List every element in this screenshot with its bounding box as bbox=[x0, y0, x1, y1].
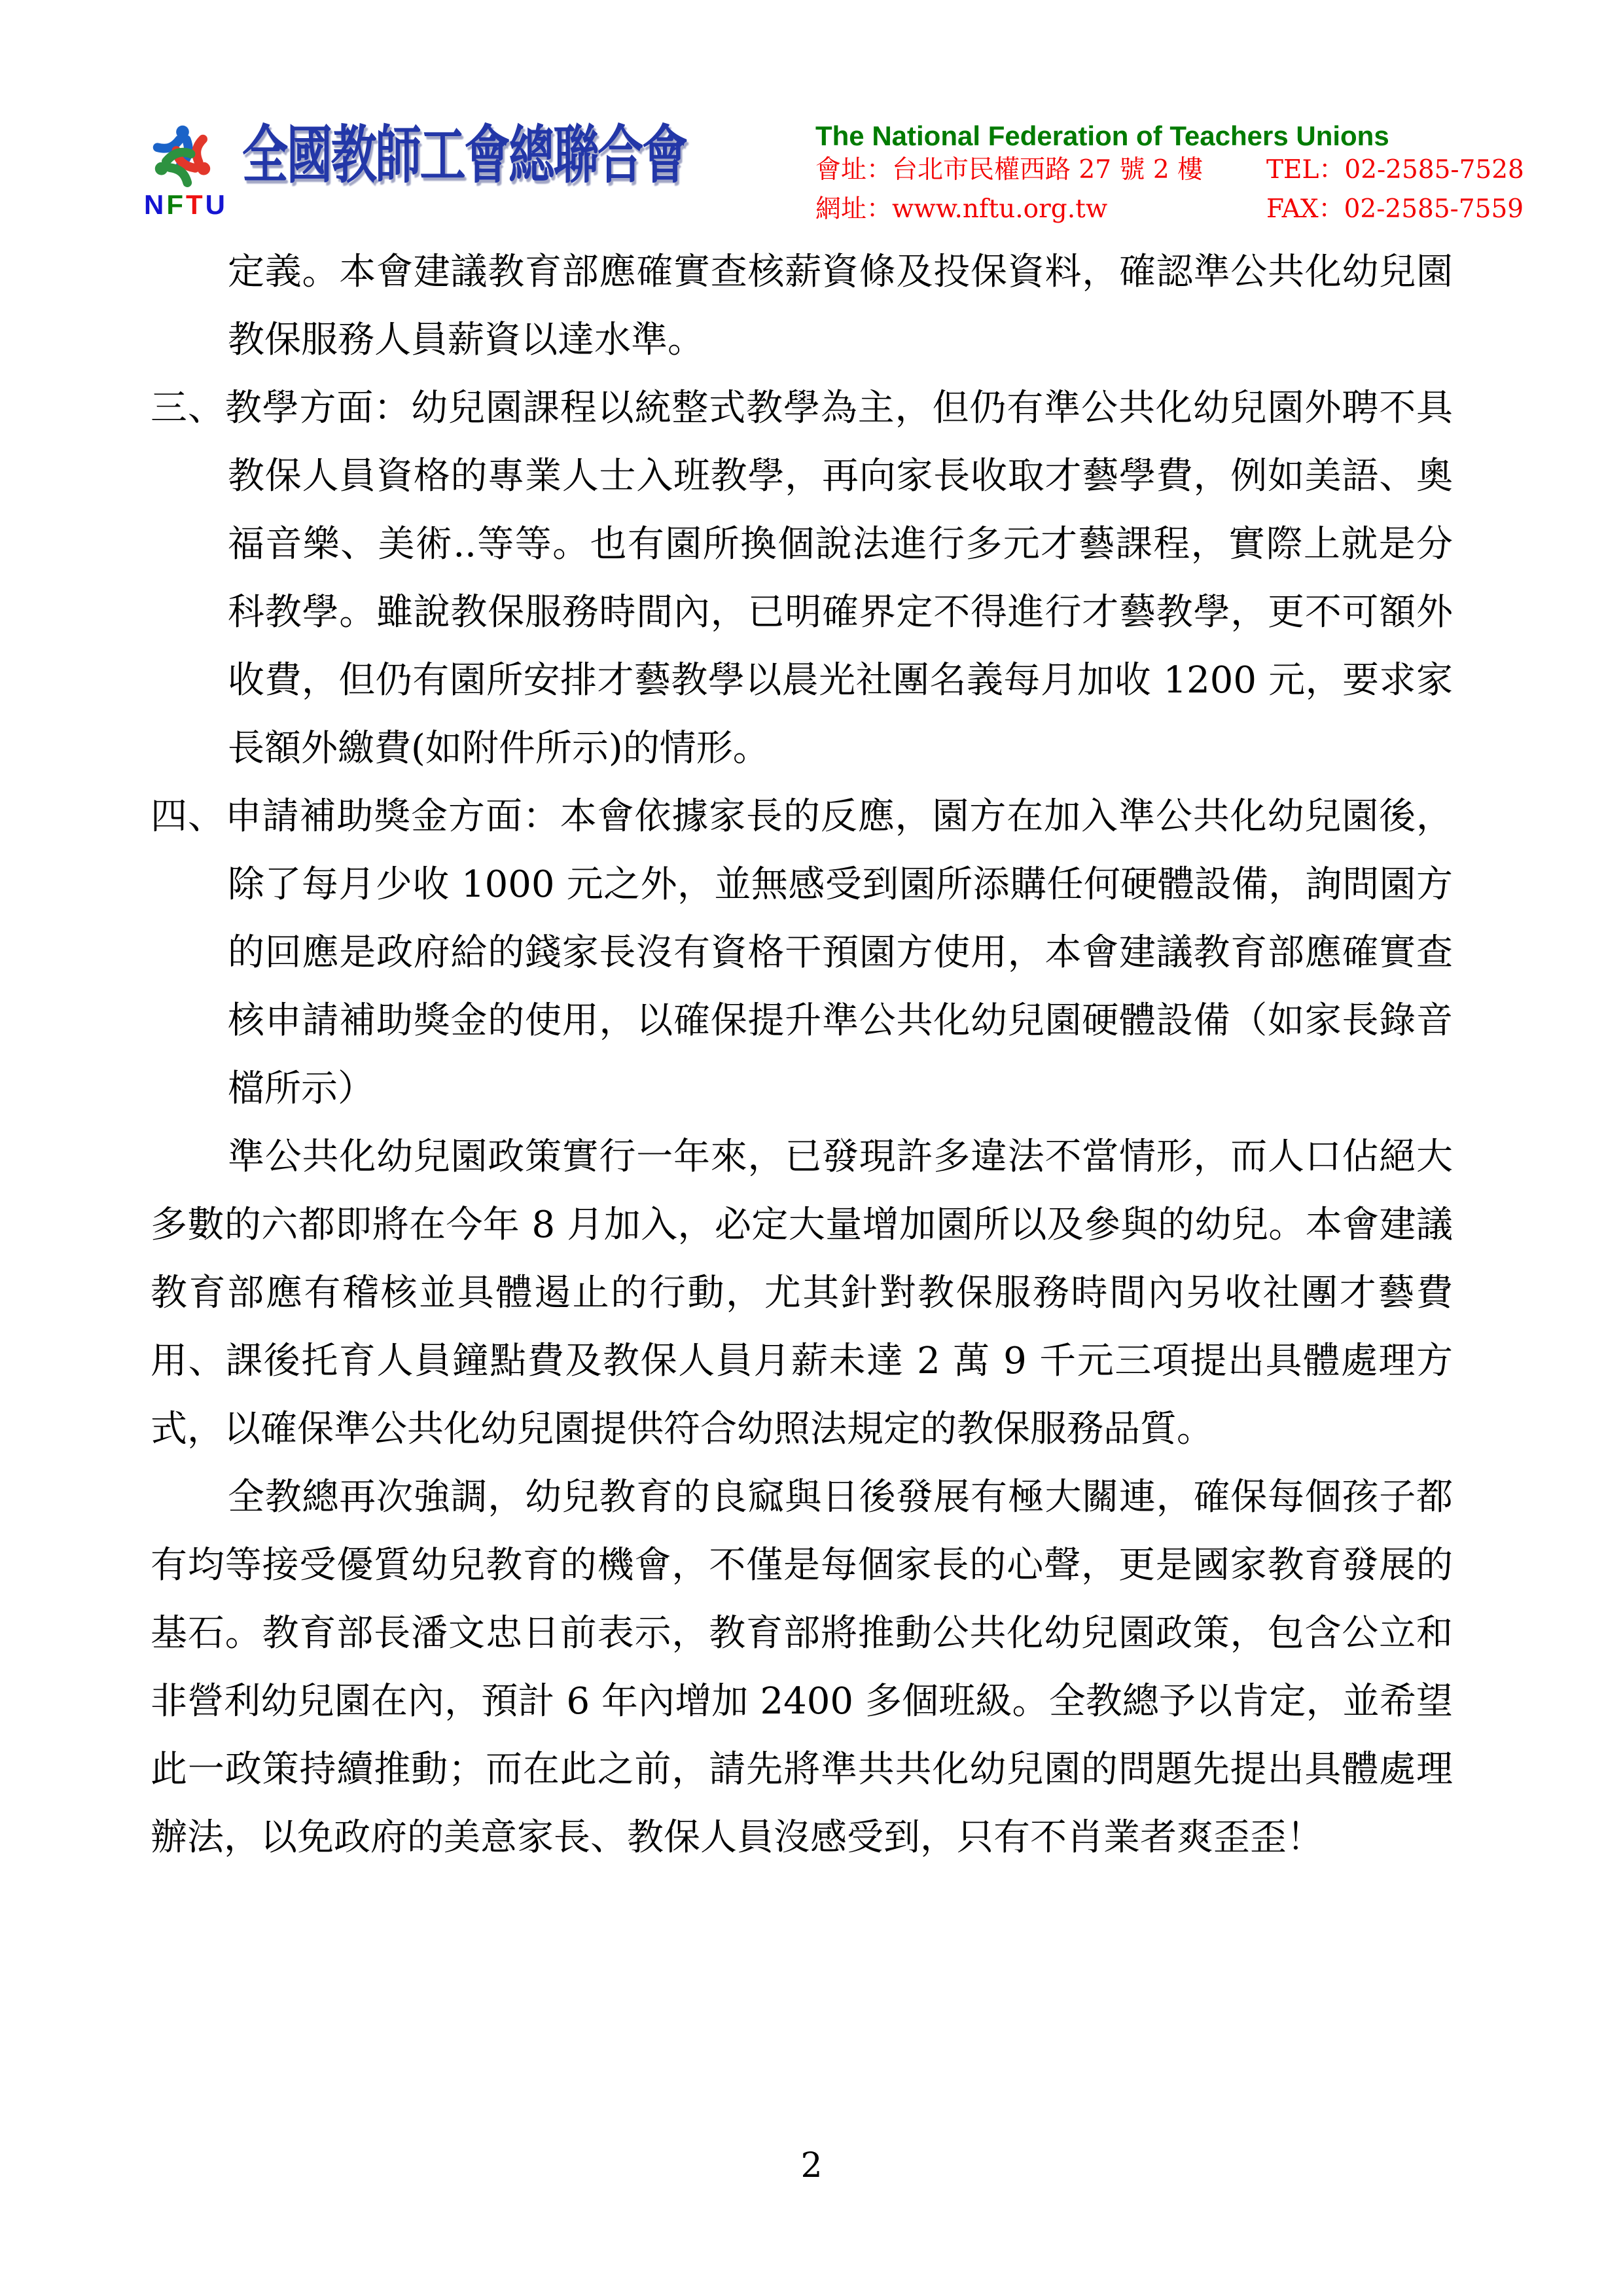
body-line: 全教總再次強調，幼兒教育的良窳與日後發展有極大關連，確保每個孩子都 bbox=[151, 1463, 1453, 1532]
document-page: { "page": { "number": "2" }, "header": {… bbox=[0, 0, 1623, 2296]
body-line: 教保服務人員薪資以達水準。 bbox=[151, 306, 1453, 374]
body-line: 辦法，以免政府的美意家長、教保人員沒感受到，只有不肖業者爽歪歪！ bbox=[151, 1804, 1453, 1872]
org-name-chinese: 全國教師工會總聯合會 bbox=[242, 120, 687, 190]
logo-acronym: NFTU bbox=[144, 191, 228, 219]
org-name-english: The National Federation of Teachers Unio… bbox=[815, 120, 1389, 152]
body-line: 定義。本會建議教育部應確實查核薪資條及投保資料，確認準公共化幼兒園 bbox=[151, 238, 1453, 306]
body-line: 非營利幼兒園在內，預計 6 年內增加 2400 多個班級。全教總予以肯定，並希望 bbox=[151, 1668, 1453, 1736]
body-line: 核申請補助獎金的使用，以確保提升準公共化幼兒園硬體設備（如家長錄音 bbox=[151, 987, 1453, 1055]
body-line: 用、課後托育人員鐘點費及教保人員月薪未達 2 萬 9 千元三項提出具體處理方 bbox=[151, 1327, 1453, 1395]
body-line: 四、申請補助獎金方面：本會依據家長的反應，園方在加入準公共化幼兒園後， bbox=[151, 783, 1453, 851]
body-line: 準公共化幼兒園政策實行一年來，已發現許多違法不當情形，而人口佔絕大 bbox=[151, 1123, 1453, 1191]
body-line: 長額外繳費(如附件所示)的情形。 bbox=[151, 715, 1453, 783]
page-number: 2 bbox=[0, 2145, 1623, 2186]
body-line: 有均等接受優質幼兒教育的機會，不僅是每個家長的心聲，更是國家教育發展的 bbox=[151, 1532, 1453, 1600]
org-tel: TEL：02-2585-7528 bbox=[1266, 157, 1524, 183]
body-line: 式，以確保準公共化幼兒園提供符合幼照法規定的教保服務品質。 bbox=[151, 1395, 1453, 1463]
logo-letter: T bbox=[186, 189, 205, 220]
nftu-logo-icon bbox=[141, 118, 224, 195]
body-line: 科教學。雖說教保服務時間內，已明確界定不得進行才藝教學，更不可額外 bbox=[151, 579, 1453, 647]
logo-letter: U bbox=[205, 189, 228, 220]
logo-letter: N bbox=[144, 189, 166, 220]
document-body: 定義。本會建議教育部應確實查核薪資條及投保資料，確認準公共化幼兒園教保服務人員薪… bbox=[151, 238, 1453, 1872]
body-line: 福音樂、美術..等等。也有園所換個說法進行多元才藝課程，實際上就是分 bbox=[151, 511, 1453, 579]
body-line: 三、教學方面：幼兒園課程以統整式教學為主，但仍有準公共化幼兒園外聘不具 bbox=[151, 374, 1453, 442]
logo-letter: F bbox=[166, 189, 186, 220]
body-line: 檔所示） bbox=[151, 1055, 1453, 1123]
org-website: 網址：www.nftu.org.tw bbox=[815, 196, 1107, 222]
body-line: 教育部應有稽核並具體遏止的行動，尤其針對教保服務時間內另收社團才藝費 bbox=[151, 1259, 1453, 1327]
org-fax: FAX：02-2585-7559 bbox=[1266, 196, 1524, 222]
body-line: 基石。教育部長潘文忠日前表示，教育部將推動公共化幼兒園政策，包含公立和 bbox=[151, 1600, 1453, 1668]
body-line: 的回應是政府給的錢家長沒有資格干預園方使用，本會建議教育部應確實查 bbox=[151, 919, 1453, 987]
org-address: 會址：台北市民權西路 27 號 2 樓 bbox=[815, 157, 1203, 183]
body-line: 此一政策持續推動；而在此之前，請先將準共共化幼兒園的問題先提出具體處理 bbox=[151, 1736, 1453, 1804]
body-line: 收費，但仍有園所安排才藝教學以晨光社團名義每月加收 1200 元，要求家 bbox=[151, 647, 1453, 715]
body-line: 教保人員資格的專業人士入班教學，再向家長收取才藝學費，例如美語、奧 bbox=[151, 442, 1453, 511]
body-line: 多數的六都即將在今年 8 月加入，必定大量增加園所以及參與的幼兒。本會建議 bbox=[151, 1191, 1453, 1259]
body-line: 除了每月少收 1000 元之外，並無感受到園所添購任何硬體設備，詢問園方 bbox=[151, 851, 1453, 919]
